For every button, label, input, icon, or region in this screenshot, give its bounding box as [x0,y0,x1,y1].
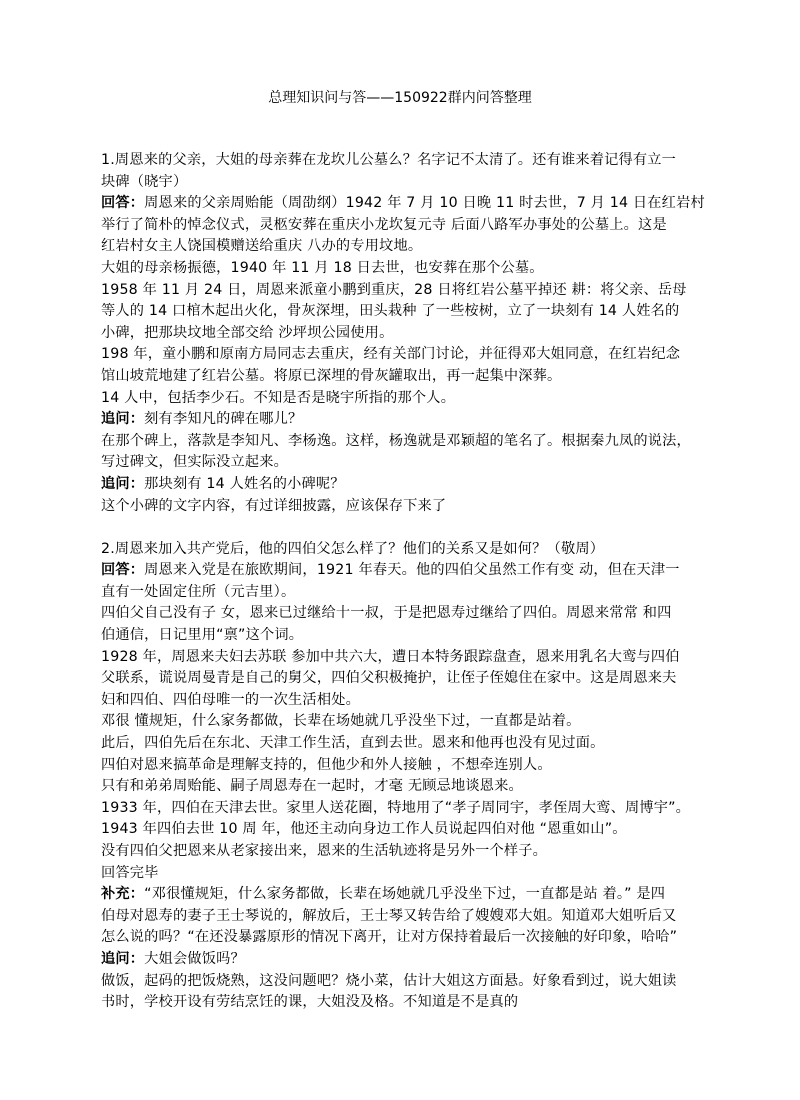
answer-1-line-4: 大姐的母亲杨振德，1940 年 11 月 18 日去世，也安葬在那个公墓。 [101,258,701,280]
supplement-line-3: 怎么说的吗？“在还没暴露原形的情况下离开，让对方保持着最后一次接触的好印象，哈哈… [101,927,701,949]
answer-1-line-6: 等人的 14 口棺木起出火化，骨灰深埋，田头栽种 了一些桉树，立了一块刻有 14… [101,301,701,323]
supplement-label: 补充： [101,886,144,902]
answer-2-line-12: 1933 年，四伯在天津去世。家里人送花圈，特地用了“孝子周同宇，孝侄周大鸾、周… [101,798,701,820]
followup-3-answer-line-2: 书时，学校开设有劳结烹饪的课，大姐没及格。不知道是不是真的 [101,992,701,1014]
section-1: 1.周恩来的父亲，大姐的母亲葬在龙坎儿公墓么？名字记不太清了。还有谁来着记得有立… [101,150,701,517]
followup-3-question: 追问：大姐会做饭吗？ [101,949,701,971]
answer-2-line-5: 1928 年，周恩来夫妇去苏联 参加中共六大，遭日本特务跟踪盘查，恩来用乳名大鸾… [101,647,701,669]
answer-2-line-14: 没有四伯父把恩来从老家接出来，恩来的生活轨迹将是另外一个样子。 [101,841,701,863]
answer-2-line-9: 此后，四伯先后在东北、天津工作生活，直到去世。恩来和他再也没有见过面。 [101,733,701,755]
answer-2-line-2: 直有一处固定住所（元吉里）。 [101,582,701,604]
answer-2-line-13: 1943 年四伯去世 10 周 年，他还主动向身边工作人员说起四伯对他 “恩重如… [101,819,701,841]
followup-1-answer-line-1: 在那个碑上，落款是李知凡、李杨逸。这样，杨逸就是邓颖超的笔名了。根据秦九凤的说法… [101,431,701,453]
answer-1-line-1: 回答：周恩来的父亲周贻能（周劭纲）1942 年 7 月 10 日晚 11 时去世… [101,193,701,215]
document-body: 1.周恩来的父亲，大姐的母亲葬在龙坎儿公墓么？名字记不太清了。还有谁来着记得有立… [101,150,701,1014]
followup-1-question: 追问：刻有李知凡的碑在哪儿？ [101,409,701,431]
followup-3-answer-line-1: 做饭，起码的把饭烧熟，这没问题吧？烧小菜，估计大姐这方面悬。好象看到过，说大姐读 [101,971,701,993]
followup-2-question: 追问：那块刻有 14 人姓名的小碑呢？ [101,474,701,496]
answer-label: 回答： [101,562,144,578]
supplement-line-2: 伯母对恩寿的妻子王士琴说的，解放后，王士琴又转告给了嫂嫂邓大姐。知道邓大姐听后又 [101,906,701,928]
document-title: 总理知识问与答——150922群内问答整理 [0,88,800,108]
followup-label: 追问： [101,951,144,967]
answer-1-line-2: 举行了简朴的悼念仪式，灵柩安葬在重庆小龙坎复元寺 后面八路军办事处的公墓上。这是 [101,215,701,237]
section-2: 2.周恩来加入共产党后，他的四伯父怎么样了？他们的关系又是如何？（敬周） 回答：… [101,539,701,1014]
question-1-line-1: 1.周恩来的父亲，大姐的母亲葬在龙坎儿公墓么？名字记不太清了。还有谁来着记得有立… [101,150,701,172]
answer-1-line-10: 14 人中，包括李少石。不知是否是晓宇所指的那个人。 [101,388,701,410]
answer-1-line-7: 小碑，把那块坟地全部交给 沙坪坝公园使用。 [101,323,701,345]
answer-2-line-11: 只有和弟弟周贻能、嗣子周恩寿在一起时，才毫 无顾忌地谈恩来。 [101,776,701,798]
followup-2-answer: 这个小碑的文字内容，有过详细披露，应该保存下来了 [101,496,701,518]
answer-2-line-3: 四伯父自己没有子 女，恩来已过继给十一叔，于是把恩寿过继给了四伯。周恩来常常 和… [101,603,701,625]
answer-2-line-8: 邓很 懂规矩，什么家务都做，长辈在场她就几乎没坐下过，一直都是站着。 [101,711,701,733]
section-spacer [101,517,701,539]
document-page: 总理知识问与答——150922群内问答整理 1.周恩来的父亲，大姐的母亲葬在龙坎… [0,0,800,1100]
answer-2-line-7: 妇和四伯、四伯母唯一的一次生活相处。 [101,690,701,712]
followup-label: 追问： [101,411,144,427]
answer-1-line-8: 198 年，童小鹏和原南方局同志去重庆，经有关部门讨论，并征得邓大姐同意，在红岩… [101,344,701,366]
followup-1-answer-line-2: 写过碑文，但实际没立起来。 [101,452,701,474]
answer-2-line-1: 回答：周恩来入党是在旅欧期间，1921 年春天。他的四伯父虽然工作有变 动，但在… [101,560,701,582]
answer-complete: 回答完毕 [101,863,701,885]
answer-1-line-5: 1958 年 11 月 24 日，周恩来派童小鹏到重庆，28 日将红岩公墓平掉还… [101,280,701,302]
answer-2-line-10: 四伯对恩来搞革命是理解支持的，但他少和外人接触 ，不想牵连别人。 [101,755,701,777]
question-2-line-1: 2.周恩来加入共产党后，他的四伯父怎么样了？他们的关系又是如何？（敬周） [101,539,701,561]
answer-2-line-6: 父联系，谎说周曼青是自己的舅父，四伯父积极掩护，让侄子侄媳住在家中。这是周恩来夫 [101,668,701,690]
supplement-line-1: 补充：“邓很懂规矩，什么家务都做，长辈在场她就几乎没坐下过，一直都是站 着。” … [101,884,701,906]
answer-1-line-9: 馆山坡荒地建了红岩公墓。将原已深埋的骨灰罐取出，再一起集中深葬。 [101,366,701,388]
answer-2-line-4: 伯通信，日记里用“禀”这个词。 [101,625,701,647]
answer-label: 回答： [101,195,144,211]
question-1-line-2: 块碑（晓宇） [101,172,701,194]
followup-label: 追问： [101,476,144,492]
answer-1-line-3: 红岩村女主人饶国模赠送给重庆 八办的专用坟地。 [101,236,701,258]
